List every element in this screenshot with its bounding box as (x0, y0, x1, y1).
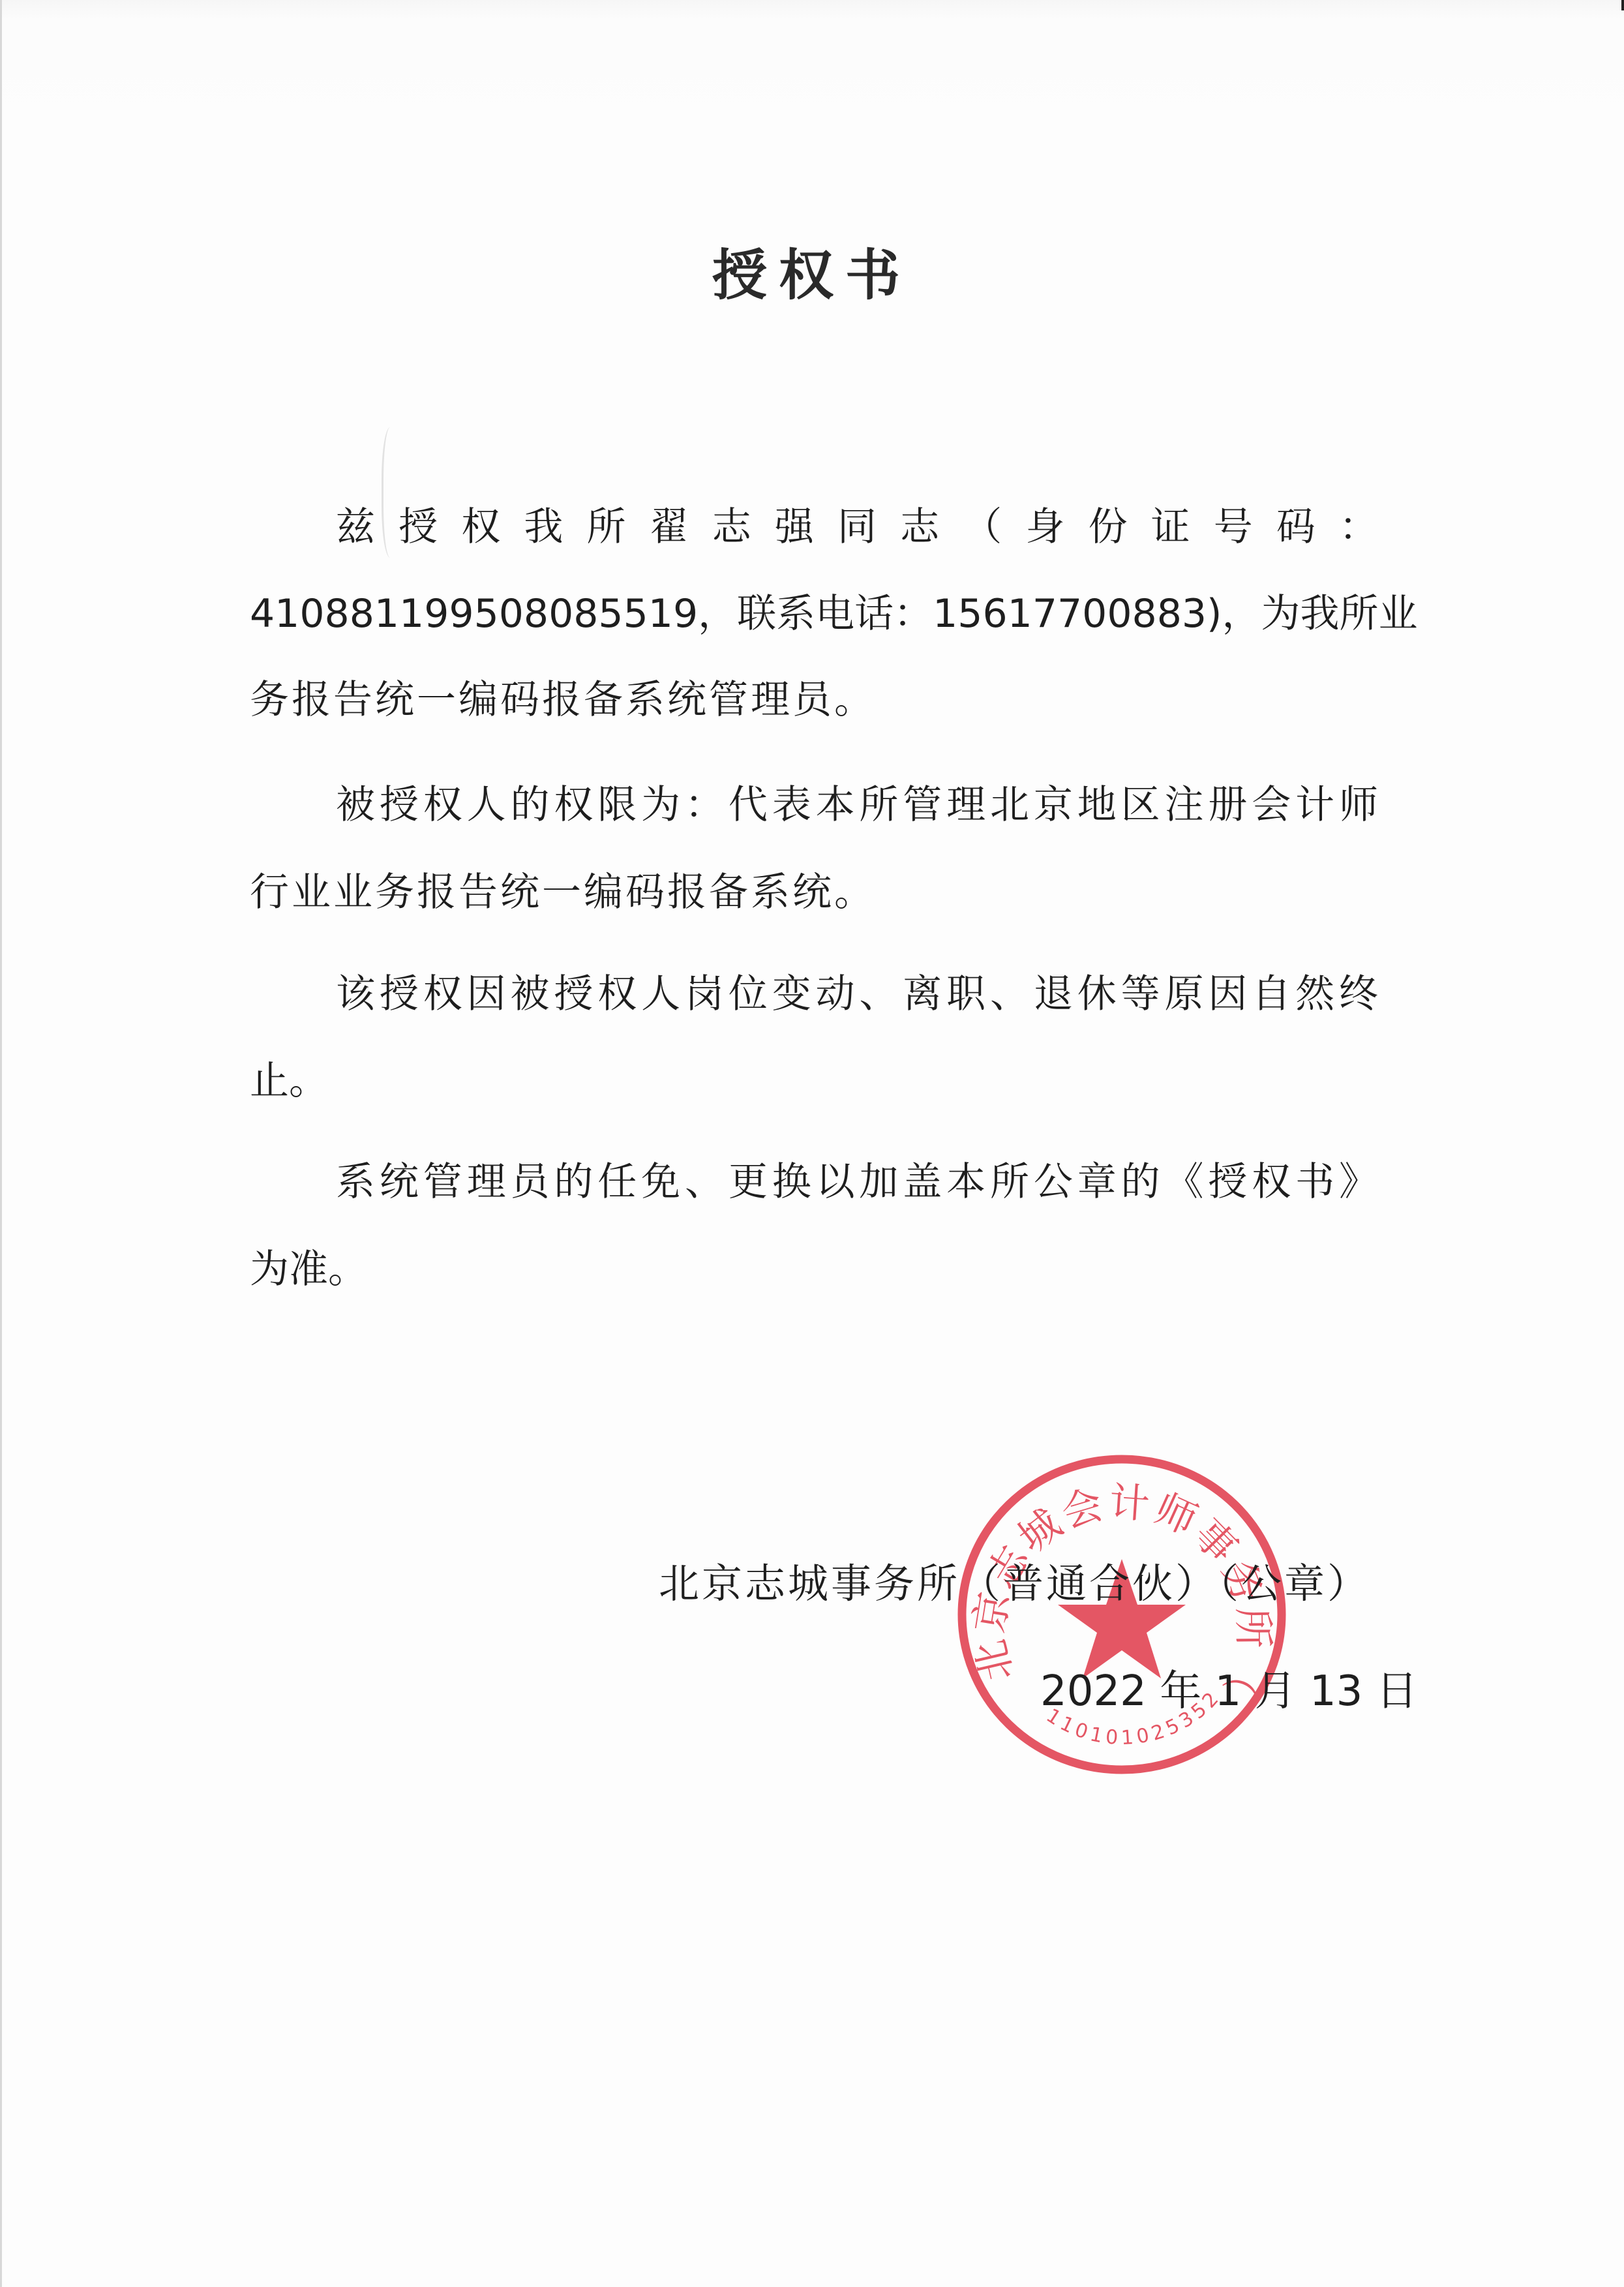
issue-date: 2022 年 1 月 13 日 (1040, 1665, 1418, 1718)
document-title: 授权书 (0, 232, 1624, 310)
document-page: 授权书 兹授权我所翟志强同志（身份证号码： 410881199508085519… (0, 0, 1624, 2287)
scan-edge-left (0, 0, 2, 2287)
official-seal: 北京志城会计师事务所（普通合伙） 1101010253527 (952, 1451, 1291, 1778)
paragraph-line: 该授权因被授权人岗位变动、离职、退休等原因自然终 (336, 968, 1378, 1020)
paragraph-line: 被授权人的权限为：代表本所管理北京地区注册会计师 (336, 779, 1378, 831)
paragraph-line: 务报告统一编码报备系统管理员。 (250, 674, 876, 726)
paragraph-line: 行业业务报告统一编码报备系统。 (250, 866, 876, 918)
paragraph-line: 为准。 (250, 1243, 367, 1295)
scan-edge-right (1621, 0, 1624, 10)
paragraph-line: 止。 (250, 1055, 328, 1107)
paragraph-line: 系统管理员的任免、更换以加盖本所公章的《授权书》 (336, 1156, 1378, 1208)
paragraph-line: 兹授权我所翟志强同志（身份证号码： (336, 501, 1378, 553)
issuer-signature: 北京志城事务所（普通合伙）（公章） (659, 1558, 1370, 1610)
paragraph-line: 410881199508085519，联系电话：15617700883)，为我所… (250, 588, 1378, 640)
